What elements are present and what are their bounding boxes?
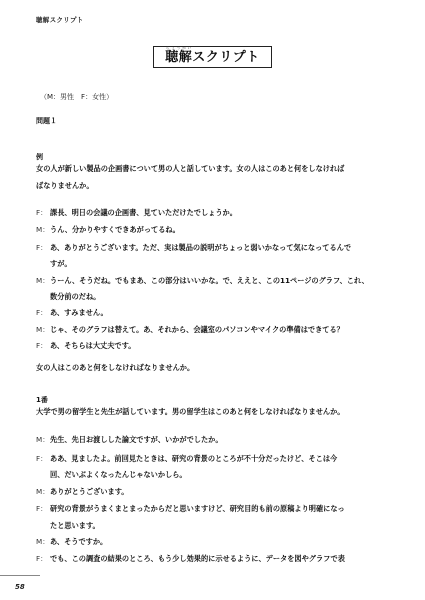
speaker-label: F： <box>36 205 50 220</box>
speaker-label: M： <box>36 432 50 447</box>
speaker-label: F： <box>36 451 50 466</box>
dialogue-continuation: 数分前のだね。 <box>36 289 402 304</box>
section-heading: 問題１ <box>36 116 57 126</box>
utterance: 課長、明日の会議の企画書、見ていただけたでしょうか。 <box>50 208 237 217</box>
dialogue-continuation: 回、だいぶよくなったんじゃないかしら。 <box>36 467 402 482</box>
title-ruby: ちょうかい <box>165 46 192 50</box>
title-kanji: 聴解 <box>165 50 192 65</box>
utterance: うん、分かりやすくできあがってるね。 <box>50 225 180 234</box>
utterance: あ、そちらは大丈夫です。 <box>50 341 135 350</box>
utterance: あ、すみません。 <box>50 308 108 317</box>
speaker-label: M： <box>36 484 50 499</box>
page-number: 58 <box>15 583 25 591</box>
utterance: あ、ありがとうございます。ただ、実は製品の説明がちょっと弱いかなって気になってる… <box>50 243 351 252</box>
speaker-label: F： <box>36 305 50 320</box>
dialogue-line: M：うーん、そうだね。でもまあ、この部分はいいかな。で、ええと、この11ページの… <box>36 273 388 288</box>
dialogue-line: F：あ、すみません。 <box>36 305 388 320</box>
speaker-label: F： <box>36 240 50 255</box>
utterance: でも、この調査の結果のところ、もう少し効果的に示せるように、データを図やグラフで… <box>50 554 345 563</box>
page-title-box: 聴解ちょうかいスクリプト <box>153 46 272 68</box>
footer-divider <box>0 575 40 576</box>
dialogue-line: F：課長、明日の会議の企画書、見ていただけたでしょうか。 <box>36 205 388 220</box>
speaker-label: F： <box>36 501 50 516</box>
dialogue-line: M：ありがとうございます。 <box>36 484 388 499</box>
example-question-repeat: 女の人はこのあと何をしなければなりませんか。 <box>36 360 386 375</box>
title-katakana: スクリプト <box>192 50 260 65</box>
dialogue-line: M：じゃ、そのグラフは替えて。あ、それから、会議室のパソコンやマイクの準備はでき… <box>36 322 388 337</box>
utterance: ああ、見ましたよ。前回見たときは、研究の背景のところが不十分だったけど、そこは今 <box>50 454 337 463</box>
dialogue-line: F：ああ、見ましたよ。前回見たときは、研究の背景のところが不十分だったけど、そこ… <box>36 451 388 466</box>
item1-question: 大学で男の留学生と先生が話しています。男の留学生はこのあと何をしなければなりませ… <box>36 404 386 419</box>
example-question-line1: 女の人が新しい製品の企画書について男の人と話しています。女の人はこのあと何をしな… <box>36 161 386 176</box>
example-question-line2: ばなりませんか。 <box>36 178 386 193</box>
speaker-legend: （M：男性 F：女性） <box>40 92 113 102</box>
speaker-label: M： <box>36 273 50 288</box>
speaker-label: M： <box>36 534 50 549</box>
dialogue-line: M：あ、そうですか。 <box>36 534 388 549</box>
utterance: じゃ、そのグラフは替えて。あ、それから、会議室のパソコンやマイクの準備はできてる… <box>50 325 344 334</box>
dialogue-line: F：研究の背景がうまくまとまったからだと思いますけど、研究目的も前の原稿より明確… <box>36 501 388 516</box>
speaker-label: M： <box>36 222 50 237</box>
speaker-label: M： <box>36 322 50 337</box>
utterance: うーん、そうだね。でもまあ、この部分はいいかな。で、ええと、この11ページのグラ… <box>50 276 369 285</box>
dialogue-line: F：でも、この調査の結果のところ、もう少し効果的に示せるように、データを図やグラ… <box>36 551 388 566</box>
dialogue-continuation: すが。 <box>36 256 402 271</box>
dialogue-line: M：うん、分かりやすくできあがってるね。 <box>36 222 388 237</box>
dialogue-line: M：先生、先日お渡しした論文ですが、いかがでしたか。 <box>36 432 388 447</box>
running-head: 聴解スクリプト <box>36 15 84 24</box>
page-title: 聴解ちょうかいスクリプト <box>165 46 260 65</box>
utterance: 先生、先日お渡しした論文ですが、いかがでしたか。 <box>50 435 223 444</box>
speaker-label: F： <box>36 338 50 353</box>
utterance: あ、そうですか。 <box>50 537 107 546</box>
dialogue-continuation: たと思います。 <box>36 518 402 533</box>
dialogue-line: F：あ、そちらは大丈夫です。 <box>36 338 388 353</box>
utterance: ありがとうございます。 <box>50 487 129 496</box>
dialogue-line: F：あ、ありがとうございます。ただ、実は製品の説明がちょっと弱いかなって気になっ… <box>36 240 388 255</box>
speaker-label: F： <box>36 551 50 566</box>
utterance: 研究の背景がうまくまとまったからだと思いますけど、研究目的も前の原稿より明確にな… <box>50 504 345 513</box>
